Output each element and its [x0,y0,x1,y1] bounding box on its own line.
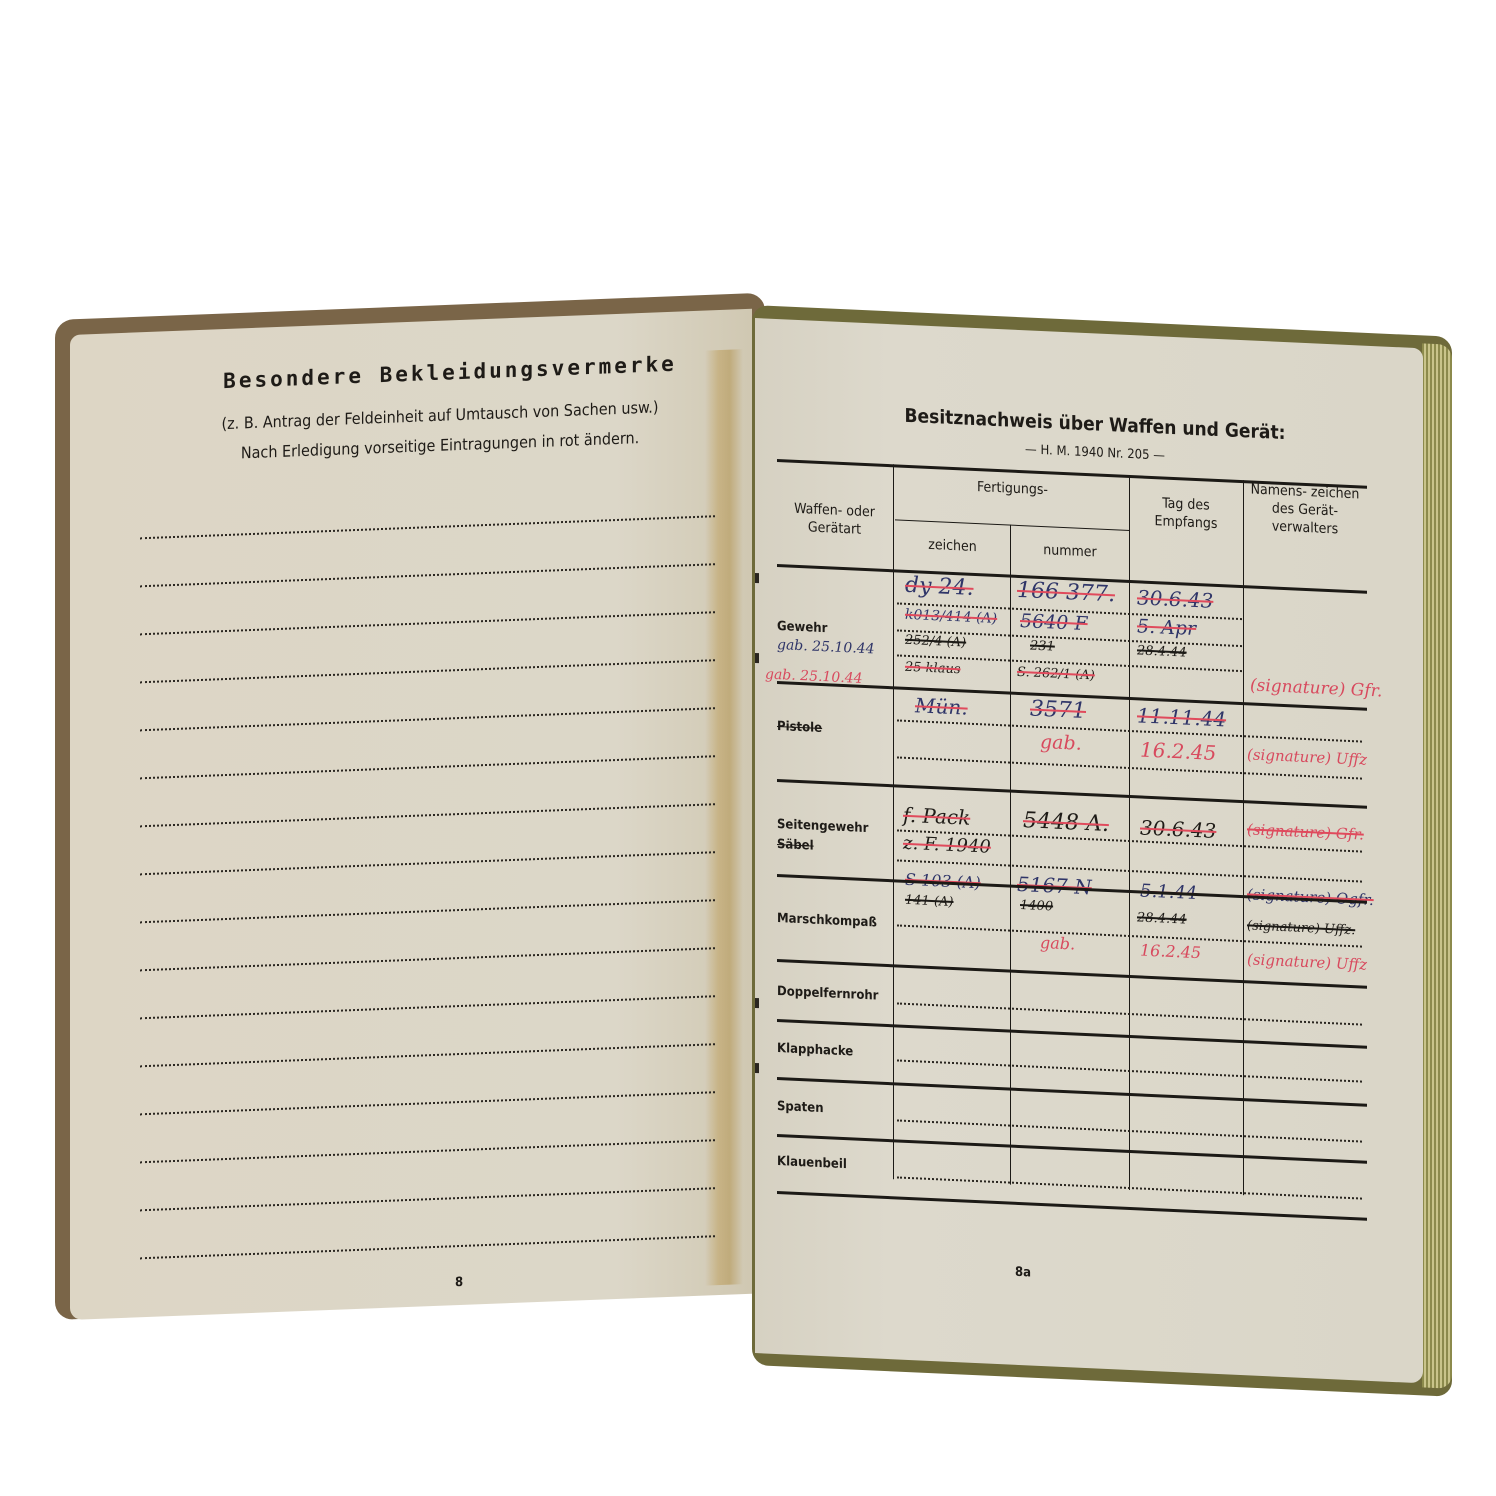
row-label-saebel: Säbel [777,837,887,857]
right-page-number: 8a [1015,1265,1031,1281]
ruled-line [140,995,715,1019]
kompass-nummer-3: gab. [1040,933,1075,954]
ruled-line [140,611,715,635]
ruled-line [140,1235,715,1259]
kompass-date-3: 16.2.45 [1140,940,1201,962]
binding-hole [755,1063,759,1073]
ruled-line [140,1091,715,1115]
binding-hole [755,653,759,663]
header-fertigungs: Fertigungs- [895,474,1130,503]
right-page: Besitznachweis über Waffen und Gerät: — … [755,318,1423,1383]
row-label-klapphacke: Klapphacke [777,1041,887,1061]
gewehr-date-1: 30.6.43 [1137,585,1213,612]
gewehr-date-2: 5. Apr [1137,615,1196,640]
gewehr-zeichen-1: dy 24. [905,573,974,601]
header-administrator-initials: Namens- zeichen des Gerät- verwalters [1245,480,1365,539]
page-edges [1422,343,1452,1388]
row-label-pistole: Pistole [777,719,887,739]
binding-hole [755,998,759,1008]
ruled-line [140,803,715,827]
ruled-line [140,1139,715,1163]
kompass-signature-3: (signature) Uffz [1247,950,1367,973]
left-page: Besondere Bekleidungsvermerke (z. B. Ant… [70,309,752,1320]
ruled-line [140,707,715,731]
ruled-line [140,755,715,779]
pistole-zeichen-1: Mün. [915,693,968,719]
gewehr-zeichen-2: k013/414 (A) [905,607,997,627]
spine-stain [705,349,743,1285]
row-label-klauenbeil: Klauenbeil [777,1154,887,1174]
row-label-spaten: Spaten [777,1099,887,1119]
seitengewehr-nummer-1: 5448 A. [1023,808,1109,837]
header-zeichen: zeichen [895,534,1010,557]
header-sub-rule [895,519,1130,531]
pistole-date-2: 16.2.45 [1140,737,1216,764]
seitengewehr-date-1: 30.6.43 [1140,815,1216,842]
ruled-line [140,515,715,539]
regulation-reference: — H. M. 1940 Nr. 205 — [935,438,1255,468]
gewehr-nummer-2: 5640 F [1020,610,1088,635]
row-label-marschkompass: Marschkompaß [777,911,887,931]
ruled-line [140,1043,715,1067]
gewehr-zeichen-3: 252/4 (A) [905,633,966,651]
header-nummer: nummer [1010,540,1130,563]
seitengewehr-zeichen-1: f. Pack [903,803,970,830]
seitengewehr-zeichen-2: z. F. 1940 [903,833,991,858]
left-page-title: Besondere Bekleidungsvermerke [190,350,710,394]
gewehr-nummer-1: 166 377. [1017,578,1115,607]
ruled-line [140,947,715,971]
gewehr-zeichen-4: 25 klaus [905,660,961,678]
header-weapon-type: Waffen- oder Gerätart [777,499,892,540]
pistole-signature-2: (signature) Uffz [1247,745,1367,768]
kompass-zeichen-2: 141 (A) [905,893,953,910]
pistole-nummer-1: 3571 [1030,696,1086,724]
right-page-title: Besitznachweis über Waffen und Gerät: [835,402,1355,448]
kompass-nummer-2: 1400 [1020,898,1053,915]
seitengewehr-signature-1: (signature) Gfr. [1247,820,1364,843]
ruled-line [140,1187,715,1211]
gewehr-date-3: 28.4.44 [1137,643,1187,660]
column-divider [1010,525,1011,1185]
row-label-doppelfernrohr: Doppelfernrohr [777,984,887,1004]
row-rule [777,779,1367,809]
annotation-gab: gab. 25.10.44 [777,637,875,657]
left-page-number: 8 [455,1275,463,1290]
row-label-seitengewehr: Seitengewehr [777,817,887,837]
binding-hole [755,573,759,583]
ruled-line [140,659,715,683]
row-label-gewehr: Gewehr [777,619,887,639]
ruled-line [140,563,715,587]
ruled-line [140,899,715,923]
pistole-nummer-2: gab. [1040,731,1082,755]
header-date-received: Tag des Empfangs [1130,493,1242,534]
pistole-date-1: 11.11.44 [1137,703,1226,731]
kompass-date-2: 28.4.44 [1137,910,1187,927]
kompass-signature-2: (signature) Uffz. [1247,918,1355,938]
gewehr-signature-4: (signature) Gfr. [1250,675,1382,701]
gewehr-nummer-4: S. 262/1 (A) [1017,665,1095,684]
left-page-instructions: (z. B. Antrag der Feldeinheit auf Umtaus… [150,390,730,472]
gewehr-nummer-3: 231 [1030,638,1055,654]
ruled-line [140,851,715,875]
